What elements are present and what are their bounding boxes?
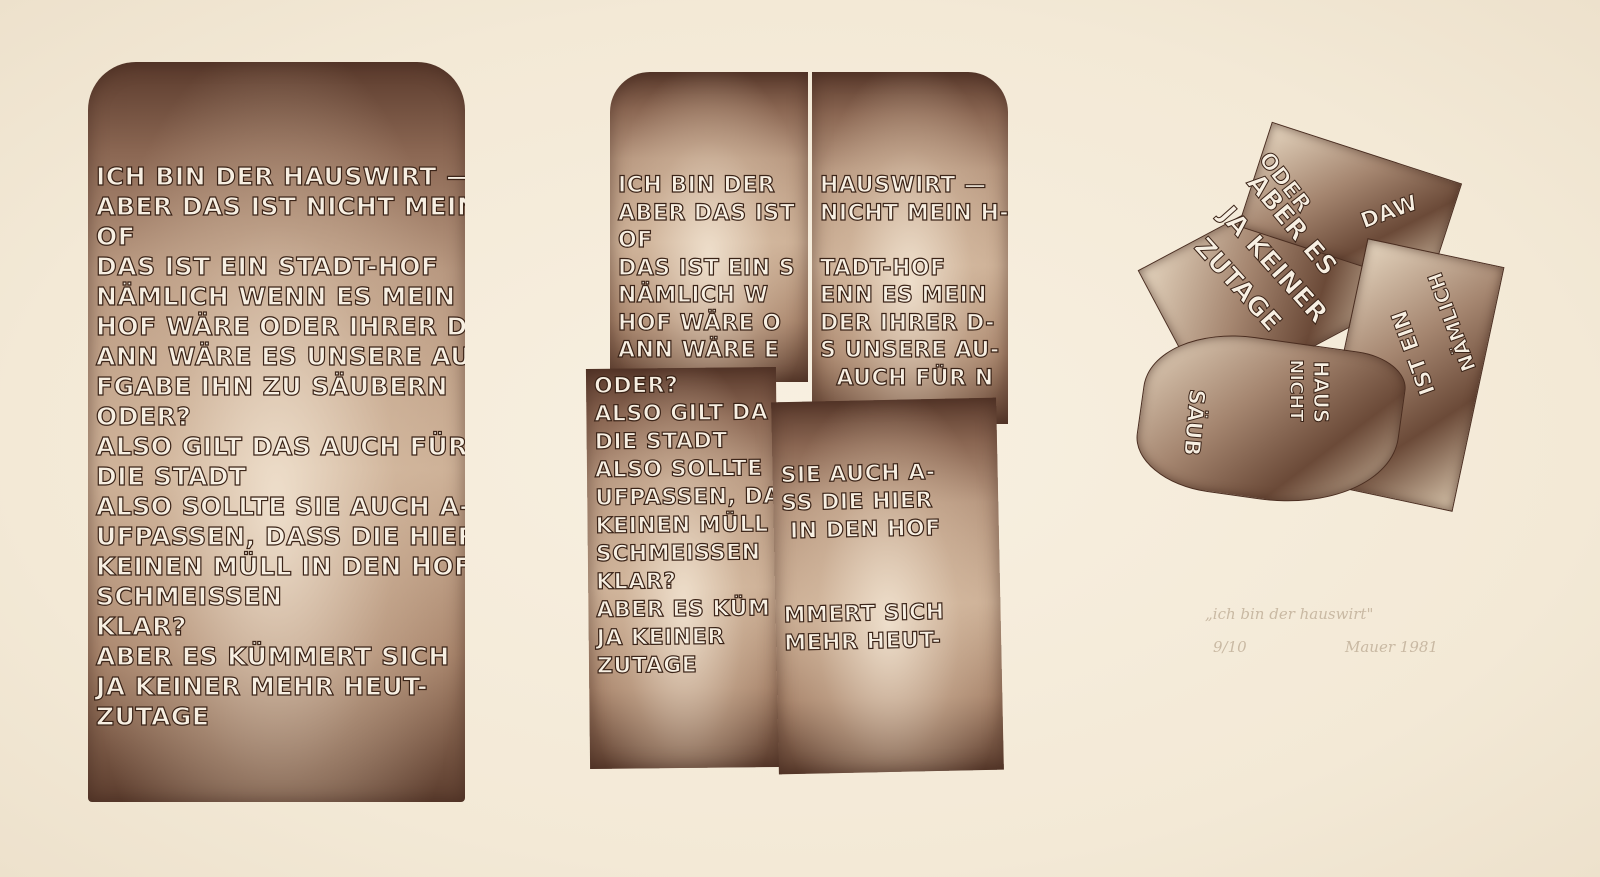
etching-panel-torn-bottom-left: ODER? ALSO GILT DA DIE STADT ALSO SOLLTE… <box>586 367 780 769</box>
etching-panel-torn-top-right: HAUSWIRT — NICHT MEIN H- TADT-HOF ENN ES… <box>812 72 1008 424</box>
edition-number: 9/10 <box>1213 638 1247 656</box>
panel-2-top-right-text: HAUSWIRT — NICHT MEIN H- TADT-HOF ENN ES… <box>820 172 1004 392</box>
etching-panel-torn-bottom-right: SIE AUCH A- SS DIE HIER IN DEN HOF MMERT… <box>771 398 1004 775</box>
etching-panel-torn-top-left: ICH BIN DER ABER DAS IST OF DAS IST EIN … <box>610 72 808 382</box>
artwork-title-inscription: „ich bin der hauswirt" <box>1205 605 1373 623</box>
crumpled-word: HAUS <box>1309 361 1333 423</box>
panel-1-text: ICH BIN DER HAUSWIRT — ABER DAS IST NICH… <box>96 162 461 732</box>
etching-panel-crumpled: JA KEINER ZUTAGE ABER ES ODER DAW HAUS N… <box>1140 140 1500 520</box>
artist-signature: Mauer 1981 <box>1345 638 1438 656</box>
etching-panel-intact: ICH BIN DER HAUSWIRT — ABER DAS IST NICH… <box>88 62 465 802</box>
crumpled-word: NICHT <box>1286 359 1307 421</box>
panel-2-top-left-text: ICH BIN DER ABER DAS IST OF DAS IST EIN … <box>618 172 804 365</box>
panel-2-bottom-left-text: ODER? ALSO GILT DA DIE STADT ALSO SOLLTE… <box>594 371 775 681</box>
panel-2-bottom-right-text: SIE AUCH A- SS DIE HIER IN DEN HOF MMERT… <box>780 430 998 658</box>
